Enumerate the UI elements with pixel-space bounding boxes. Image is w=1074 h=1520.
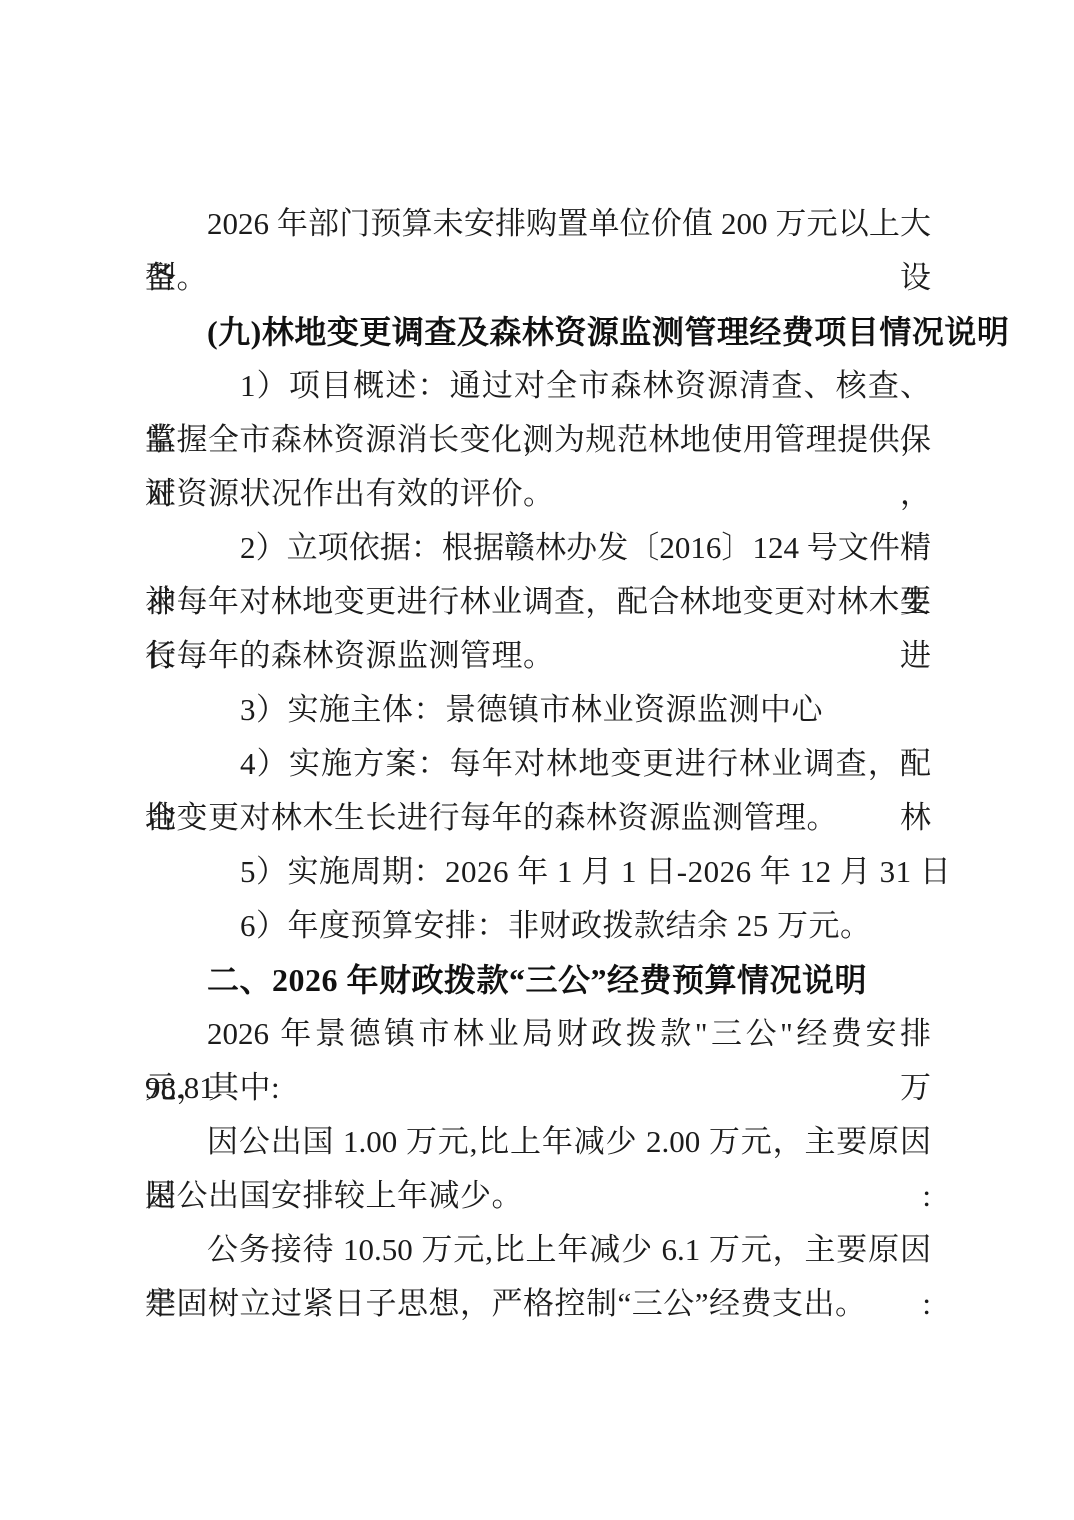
text-line: 掌握全市森林资源消长变化，为规范林地使用管理提供保证， bbox=[145, 413, 931, 467]
text-line: 地变更对林木生长进行每年的森林资源监测管理。 bbox=[145, 791, 931, 845]
text-line: 2026 年景德镇市林业局财政拨款"三公"经费安排 98.81 万 bbox=[145, 1007, 931, 1061]
text-line: 二、2026 年财政拨款“三公”经费预算情况说明 bbox=[145, 953, 931, 1007]
text-line: 求每年对林地变更进行林业调查，配合林地变更对林木生长进 bbox=[145, 575, 931, 629]
text-line: 5）实施周期：2026 年 1 月 1 日-2026 年 12 月 31 日 bbox=[145, 845, 931, 899]
text-line: (九)林地变更调查及森林资源监测管理经费项目情况说明 bbox=[145, 305, 931, 359]
text-line: 2026 年部门预算未安排购置单位价值 200 万元以上大型设 bbox=[145, 197, 931, 251]
text-line: 因公出国 1.00 万元,比上年减少 2.00 万元，主要原因是: bbox=[145, 1115, 931, 1169]
document-text-block: 2026 年部门预算未安排购置单位价值 200 万元以上大型设备。(九)林地变更… bbox=[145, 197, 931, 1331]
text-line: 4）实施方案：每年对林地变更进行林业调查，配合林 bbox=[145, 737, 931, 791]
text-line: 牢固树立过紧日子思想，严格控制“三公”经费支出。 bbox=[145, 1277, 931, 1331]
text-line: 1）项目概述：通过对全市森林资源清查、核查、监测， bbox=[145, 359, 931, 413]
text-line: 3）实施主体：景德镇市林业资源监测中心 bbox=[145, 683, 931, 737]
text-line: 公务接待 10.50 万元,比上年减少 6.1 万元，主要原因是: bbox=[145, 1223, 931, 1277]
text-line: 2）立项依据：根据赣林办发〔2016〕124 号文件精神要 bbox=[145, 521, 931, 575]
document-page: 2026 年部门预算未安排购置单位价值 200 万元以上大型设备。(九)林地变更… bbox=[0, 0, 1074, 1520]
text-line: 6）年度预算安排：非财政拨款结余 25 万元。 bbox=[145, 899, 931, 953]
